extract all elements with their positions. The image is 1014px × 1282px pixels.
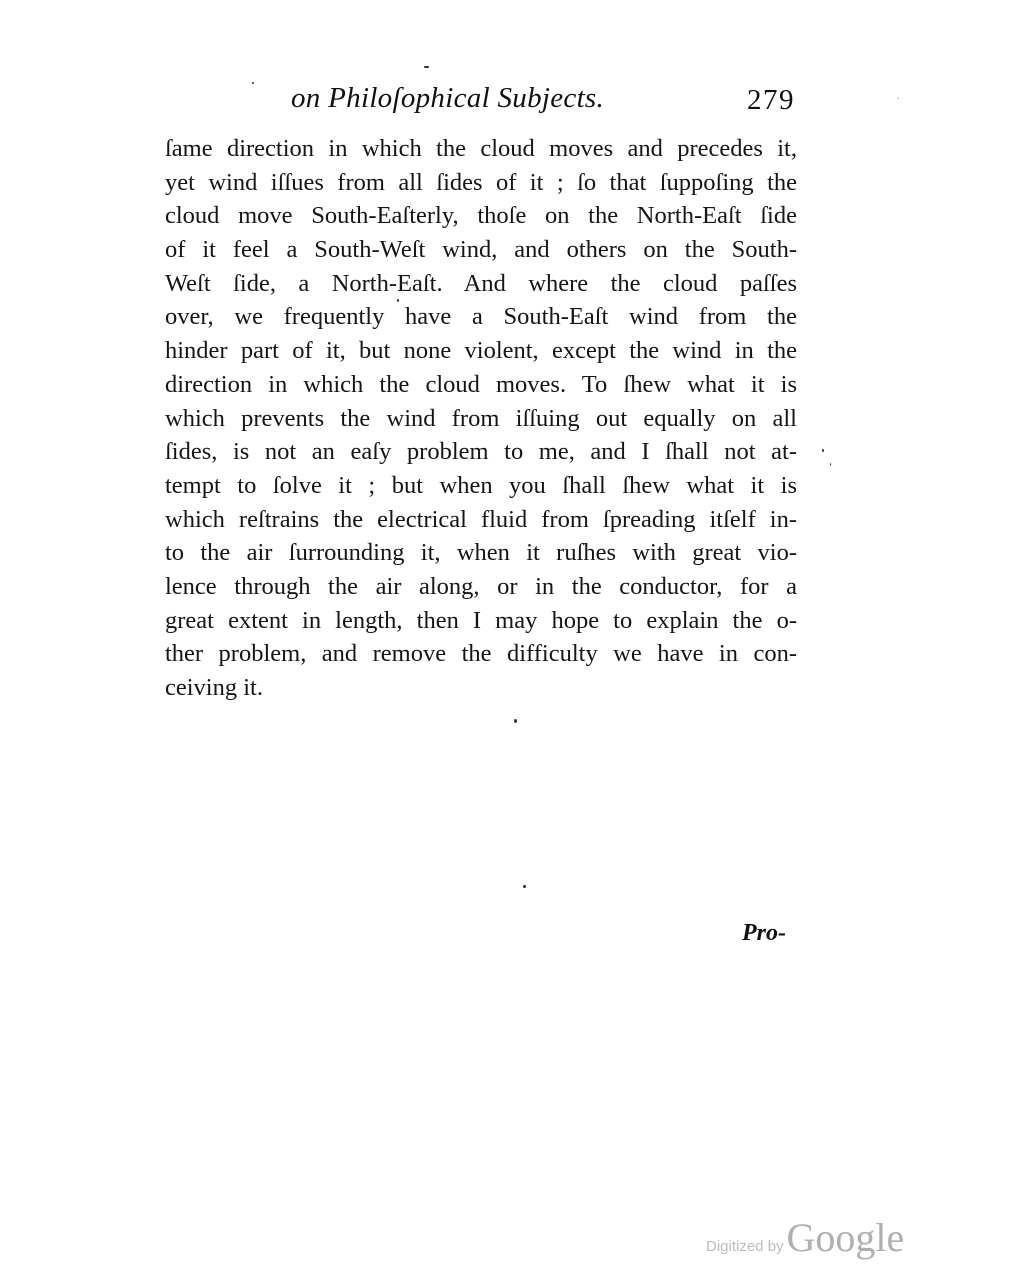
text-line: yet wind iſſues from all ſides of it ; ſ… xyxy=(165,166,797,200)
digitized-by-google-watermark: Digitized by Google xyxy=(706,1214,904,1261)
text-line: which prevents the wind from iſſuing out… xyxy=(165,402,797,436)
text-line: lence through the air along, or in the c… xyxy=(165,570,797,604)
text-line: of it feel a South-Weſt wind, and others… xyxy=(165,233,797,267)
scan-speck xyxy=(523,885,526,888)
book-page: on Philoſophical Subjects. 279 ſame dire… xyxy=(0,0,1014,1282)
text-line: to the air ſurrounding it, when it ruſhe… xyxy=(165,536,797,570)
text-line: hinder part of it, but none violent, exc… xyxy=(165,334,797,368)
scan-speck xyxy=(897,98,899,99)
scan-speck xyxy=(830,463,831,466)
page-number: 279 xyxy=(747,84,795,117)
text-line: ſides, is not an eaſy problem to me, and… xyxy=(165,435,797,469)
text-line-last: ceiving it. xyxy=(165,671,797,705)
text-line: over, we frequently have a South-Eaſt wi… xyxy=(165,300,797,334)
text-line: tempt to ſolve it ; but when you ſhall ſ… xyxy=(165,469,797,503)
running-title: on Philoſophical Subjects. xyxy=(291,82,604,115)
scan-speck xyxy=(514,719,517,723)
body-text: ſame direction in which the cloud moves … xyxy=(165,132,797,705)
scan-speck xyxy=(424,66,429,68)
text-line: ther problem, and remove the difficulty … xyxy=(165,637,797,671)
text-line: which reſtrains the electrical fluid fro… xyxy=(165,503,797,537)
scan-speck xyxy=(397,299,399,302)
watermark-prefix: Digitized by xyxy=(706,1238,784,1255)
text-line: ſame direction in which the cloud moves … xyxy=(165,132,797,166)
text-line: cloud move South-Eaſterly, thoſe on the … xyxy=(165,199,797,233)
text-line: direction in which the cloud moves. To ſ… xyxy=(165,368,797,402)
catchword: Pro- xyxy=(742,920,786,947)
text-line: great extent in length, then I may hope … xyxy=(165,604,797,638)
text-line: Weſt ſide, a North-Eaſt. And where the c… xyxy=(165,267,797,301)
google-logo-text: Google xyxy=(787,1214,905,1261)
running-head: on Philoſophical Subjects. 279 xyxy=(165,82,797,122)
scan-speck xyxy=(822,449,824,452)
scan-speck xyxy=(252,82,254,84)
